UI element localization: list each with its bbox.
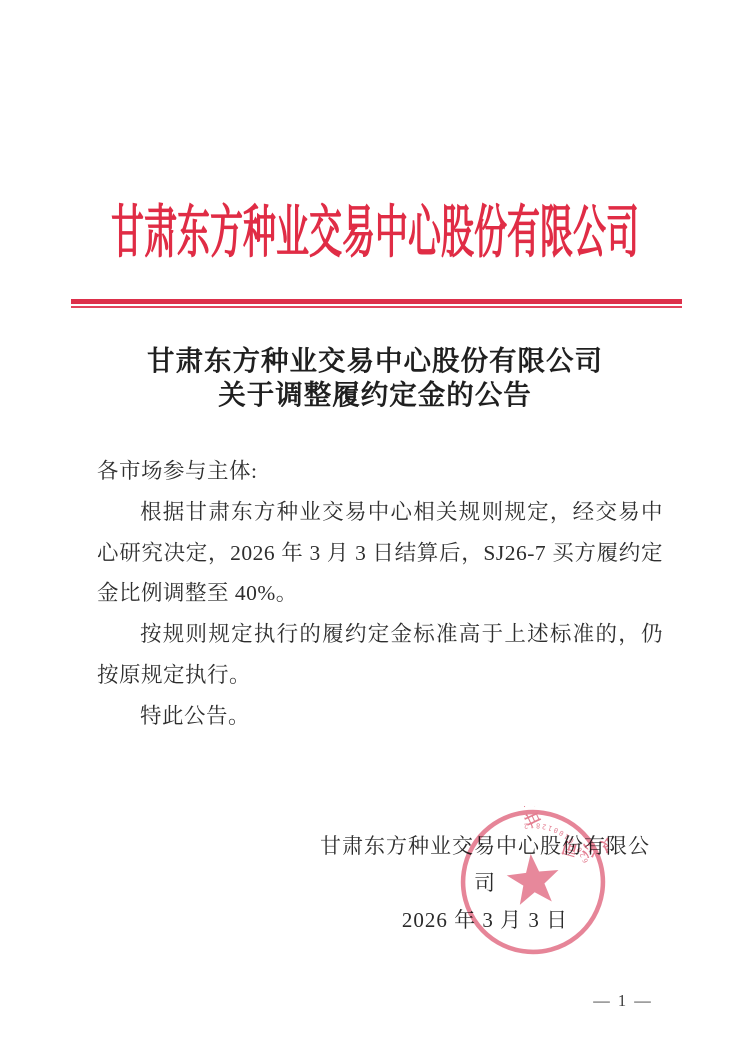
announcement-document: 甘肃东方种业交易中心股份有限公司 甘肃东方种业交易中心股份有限公司 关于调整履约… [0, 0, 750, 1059]
signature-block: 甘肃东方种业交易中心股份有限公司 2026 年 3 月 3 日 [320, 828, 650, 939]
paragraph-3: 特此公告。 [97, 696, 663, 737]
document-body: 各市场参与主体: 根据甘肃东方种业交易中心相关规则规定，经交易中心研究决定，20… [97, 451, 663, 737]
page-number: — 1 — [578, 991, 668, 1011]
paragraph-2: 按规则规定执行的履约定金标准高于上述标准的，仍按原规定执行。 [97, 614, 663, 696]
salutation: 各市场参与主体: [97, 451, 663, 492]
paragraph-1: 根据甘肃东方种业交易中心相关规则规定，经交易中心研究决定，2026 年 3 月 … [97, 492, 663, 614]
signature-company: 甘肃东方种业交易中心股份有限公司 [320, 828, 650, 902]
letterhead-divider-line [71, 299, 682, 308]
letterhead-company-name: 甘肃东方种业交易中心股份有限公司 [111, 188, 639, 269]
document-title: 甘肃东方种业交易中心股份有限公司 关于调整履约定金的公告 [0, 344, 750, 412]
letterhead: 甘肃东方种业交易中心股份有限公司 [0, 186, 750, 270]
document-title-line1: 甘肃东方种业交易中心股份有限公司 [0, 344, 750, 378]
signature-date: 2026 年 3 月 3 日 [320, 902, 650, 939]
document-title-line2: 关于调整履约定金的公告 [0, 378, 750, 412]
